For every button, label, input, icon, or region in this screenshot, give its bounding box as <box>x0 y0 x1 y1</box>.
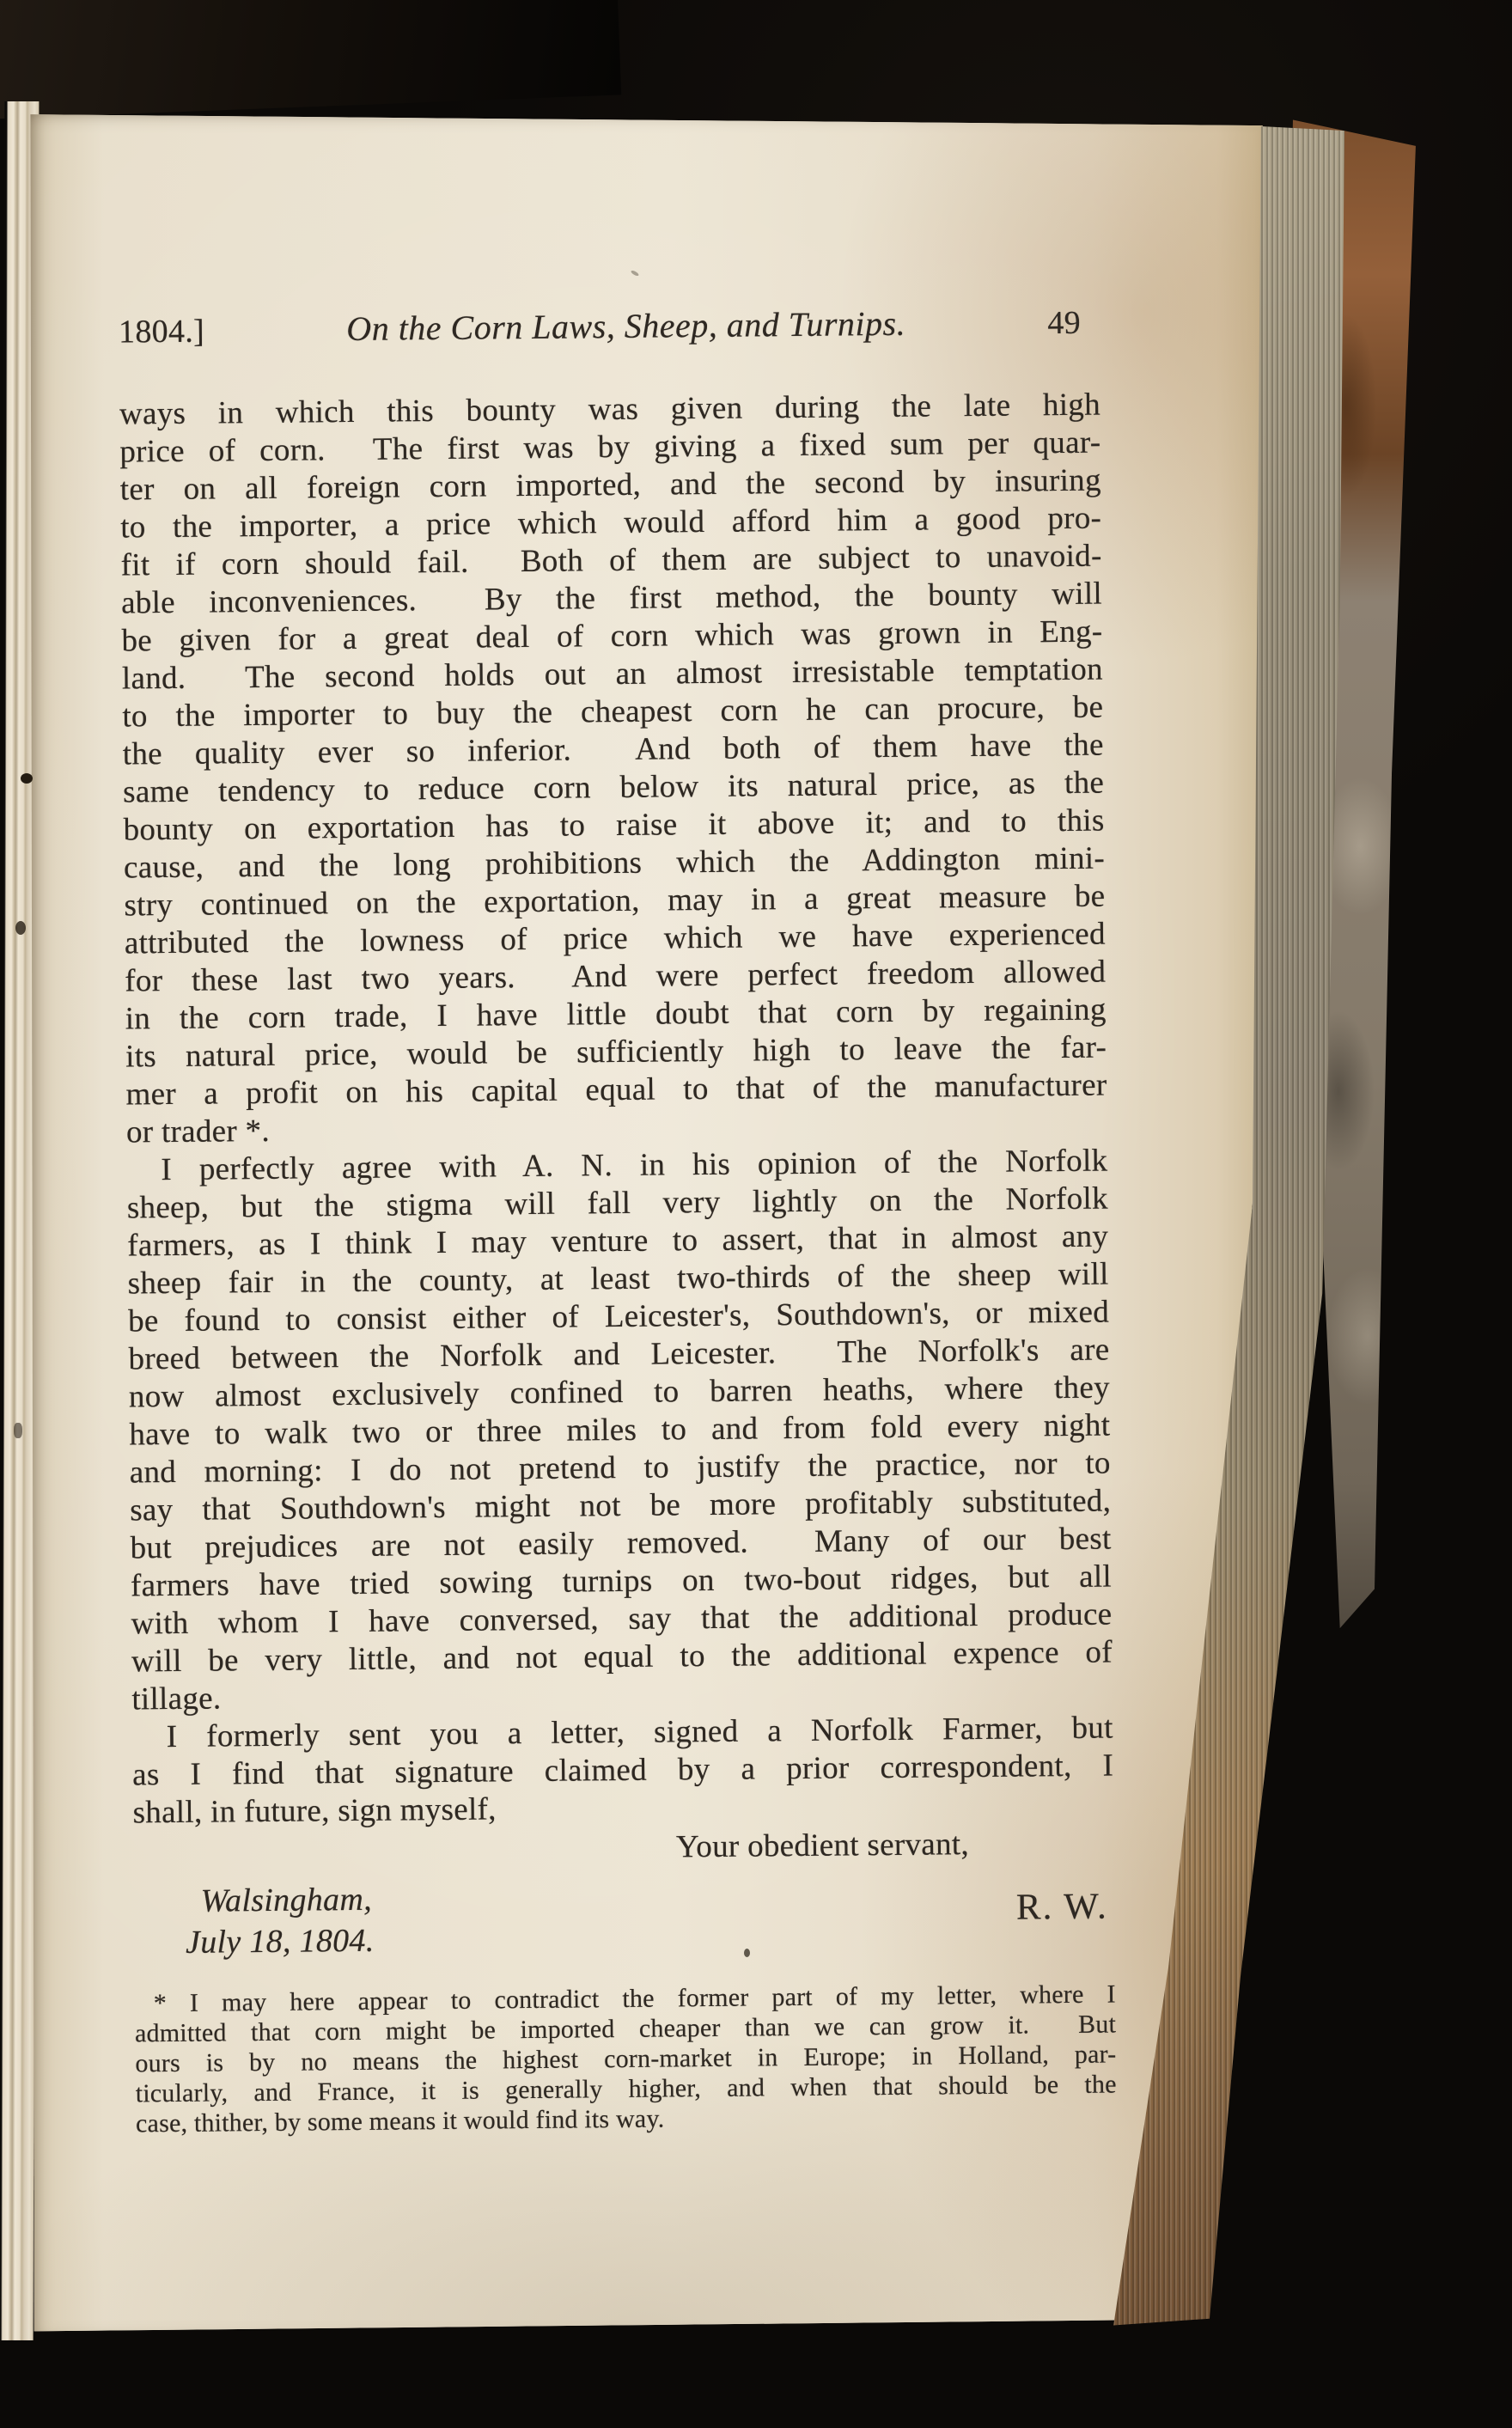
closing-valediction: Your obedient servant, <box>133 1824 1114 1871</box>
letter-closing: Your obedient servant, Walsingham, July … <box>133 1824 1115 1962</box>
page-number: 49 <box>1047 304 1100 343</box>
ink-speck <box>15 921 26 935</box>
book-cover-corner <box>0 0 621 120</box>
ink-speck <box>21 773 33 784</box>
footnote: * I may here appear to contradict the fo… <box>135 1979 1118 2138</box>
printed-text: 1804.] On the Corn Laws, Sheep, and Turn… <box>119 302 1117 2139</box>
running-header: 1804.] On the Corn Laws, Sheep, and Turn… <box>119 302 1100 352</box>
paper-fiber <box>631 270 640 277</box>
closing-place: Walsingham, <box>133 1872 1114 1921</box>
book-scan-photo: 1804.] On the Corn Laws, Sheep, and Turn… <box>0 0 1512 2428</box>
body-paragraphs: ways in which this bounty was given duri… <box>119 387 1114 1833</box>
header-year: 1804.] <box>119 313 204 351</box>
page-curl-mark <box>14 1423 22 1438</box>
closing-signature: R. W. <box>1016 1886 1108 1929</box>
closing-date: July 18, 1804. <box>134 1913 1115 1962</box>
running-title: On the Corn Laws, Sheep, and Turnips. <box>204 302 1048 350</box>
